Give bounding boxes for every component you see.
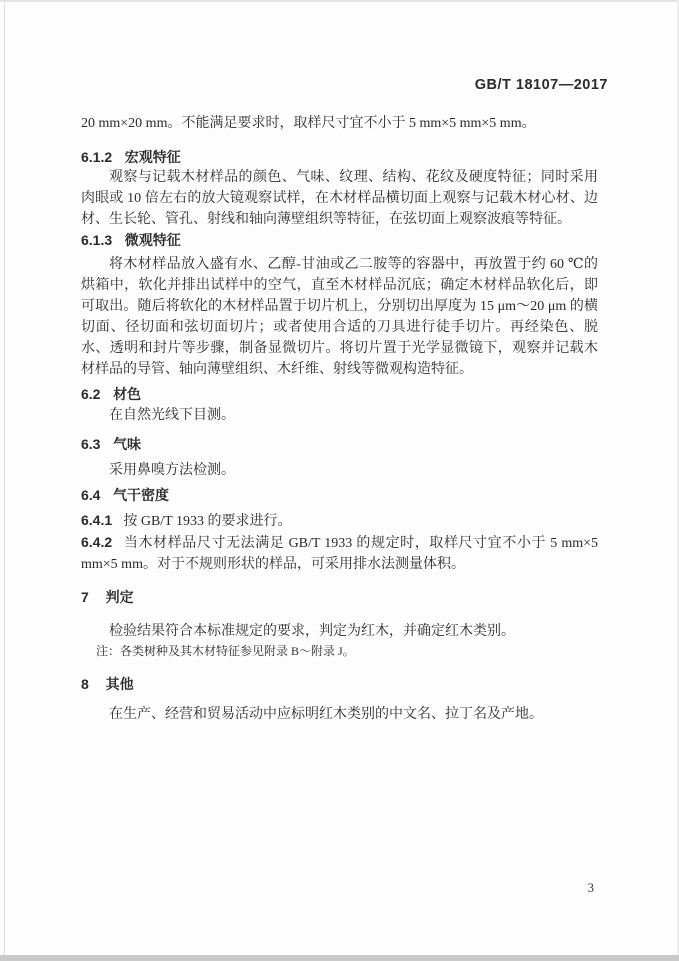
heading-6-3: 6.3气味 [81,434,598,454]
heading-6-2-number: 6.2 [81,386,100,402]
standard-code-header: GB/T 18107—2017 [81,76,608,94]
heading-6-3-number: 6.3 [81,436,100,452]
heading-6-1-2: 6.1.2宏观特征 [81,147,598,167]
page-content: GB/T 18107—2017 20 mm×20 mm。不能满足要求时，取样尺寸… [0,0,679,725]
paragraph-6-2: 在自然光线下目测。 [81,405,598,426]
carryover-paragraph: 20 mm×20 mm。不能满足要求时，取样尺寸宜不小于 5 mm×5 mm×5… [81,113,598,135]
heading-7-title: 判定 [106,589,134,605]
scan-edge-top [0,0,679,2]
heading-6-4-title: 气干密度 [113,487,169,503]
heading-6-1-2-title: 宏观特征 [125,149,181,165]
heading-6-4: 6.4气干密度 [81,485,598,505]
clause-6-4-2-text: 当木材样品尺寸无法满足 GB/T 1933 的规定时，取样尺寸宜不小于 5 mm… [81,536,598,572]
clause-6-4-1: 6.4.1按 GB/T 1933 的要求进行。 [81,510,598,532]
paragraph-8: 在生产、经营和贸易活动中应标明红木类别的中文名、拉丁名及产地。 [81,704,598,725]
paragraph-7: 检验结果符合本标准规定的要求，判定为红木，并确定红木类别。 [81,621,598,642]
heading-6-3-title: 气味 [113,436,141,452]
clause-6-4-1-number: 6.4.1 [81,512,112,528]
scan-edge-bottom [0,955,679,961]
heading-7-number: 7 [81,589,89,605]
heading-8-title: 其他 [106,676,134,692]
heading-8: 8其他 [81,674,598,694]
paragraph-6-1-2: 观察与记载木材样品的颜色、气味、纹理、结构、花纹及硬度特征；同时采用肉眼或 10… [81,167,598,230]
heading-6-1-3: 6.1.3微观特征 [81,230,598,250]
heading-6-1-3-number: 6.1.3 [81,232,112,248]
note-7: 注：各类树种及其木材特征参见附录 B～附录 J。 [81,642,598,660]
clause-6-4-2-number: 6.4.2 [81,534,112,550]
clause-6-4-2: 6.4.2当木材样品尺寸无法满足 GB/T 1933 的规定时，取样尺寸宜不小于… [81,532,598,575]
scanned-standard-page: GB/T 18107—2017 20 mm×20 mm。不能满足要求时，取样尺寸… [0,0,679,961]
heading-6-2-title: 材色 [113,386,141,402]
paragraph-6-1-3: 将木材样品放入盛有水、乙醇-甘油或乙二胺等的容器中，再放置于约 60 ℃的烘箱中… [81,254,598,380]
heading-6-1-2-number: 6.1.2 [81,149,112,165]
paragraph-6-3: 采用鼻嗅方法检测。 [81,460,598,481]
page-number: 3 [588,880,595,895]
heading-7: 7判定 [81,587,598,607]
heading-6-1-3-title: 微观特征 [125,232,181,248]
heading-6-2: 6.2材色 [81,384,598,404]
heading-8-number: 8 [81,676,89,692]
heading-6-4-number: 6.4 [81,487,100,503]
clause-6-4-1-text: 按 GB/T 1933 的要求进行。 [123,514,291,529]
scan-edge-left [4,0,5,961]
